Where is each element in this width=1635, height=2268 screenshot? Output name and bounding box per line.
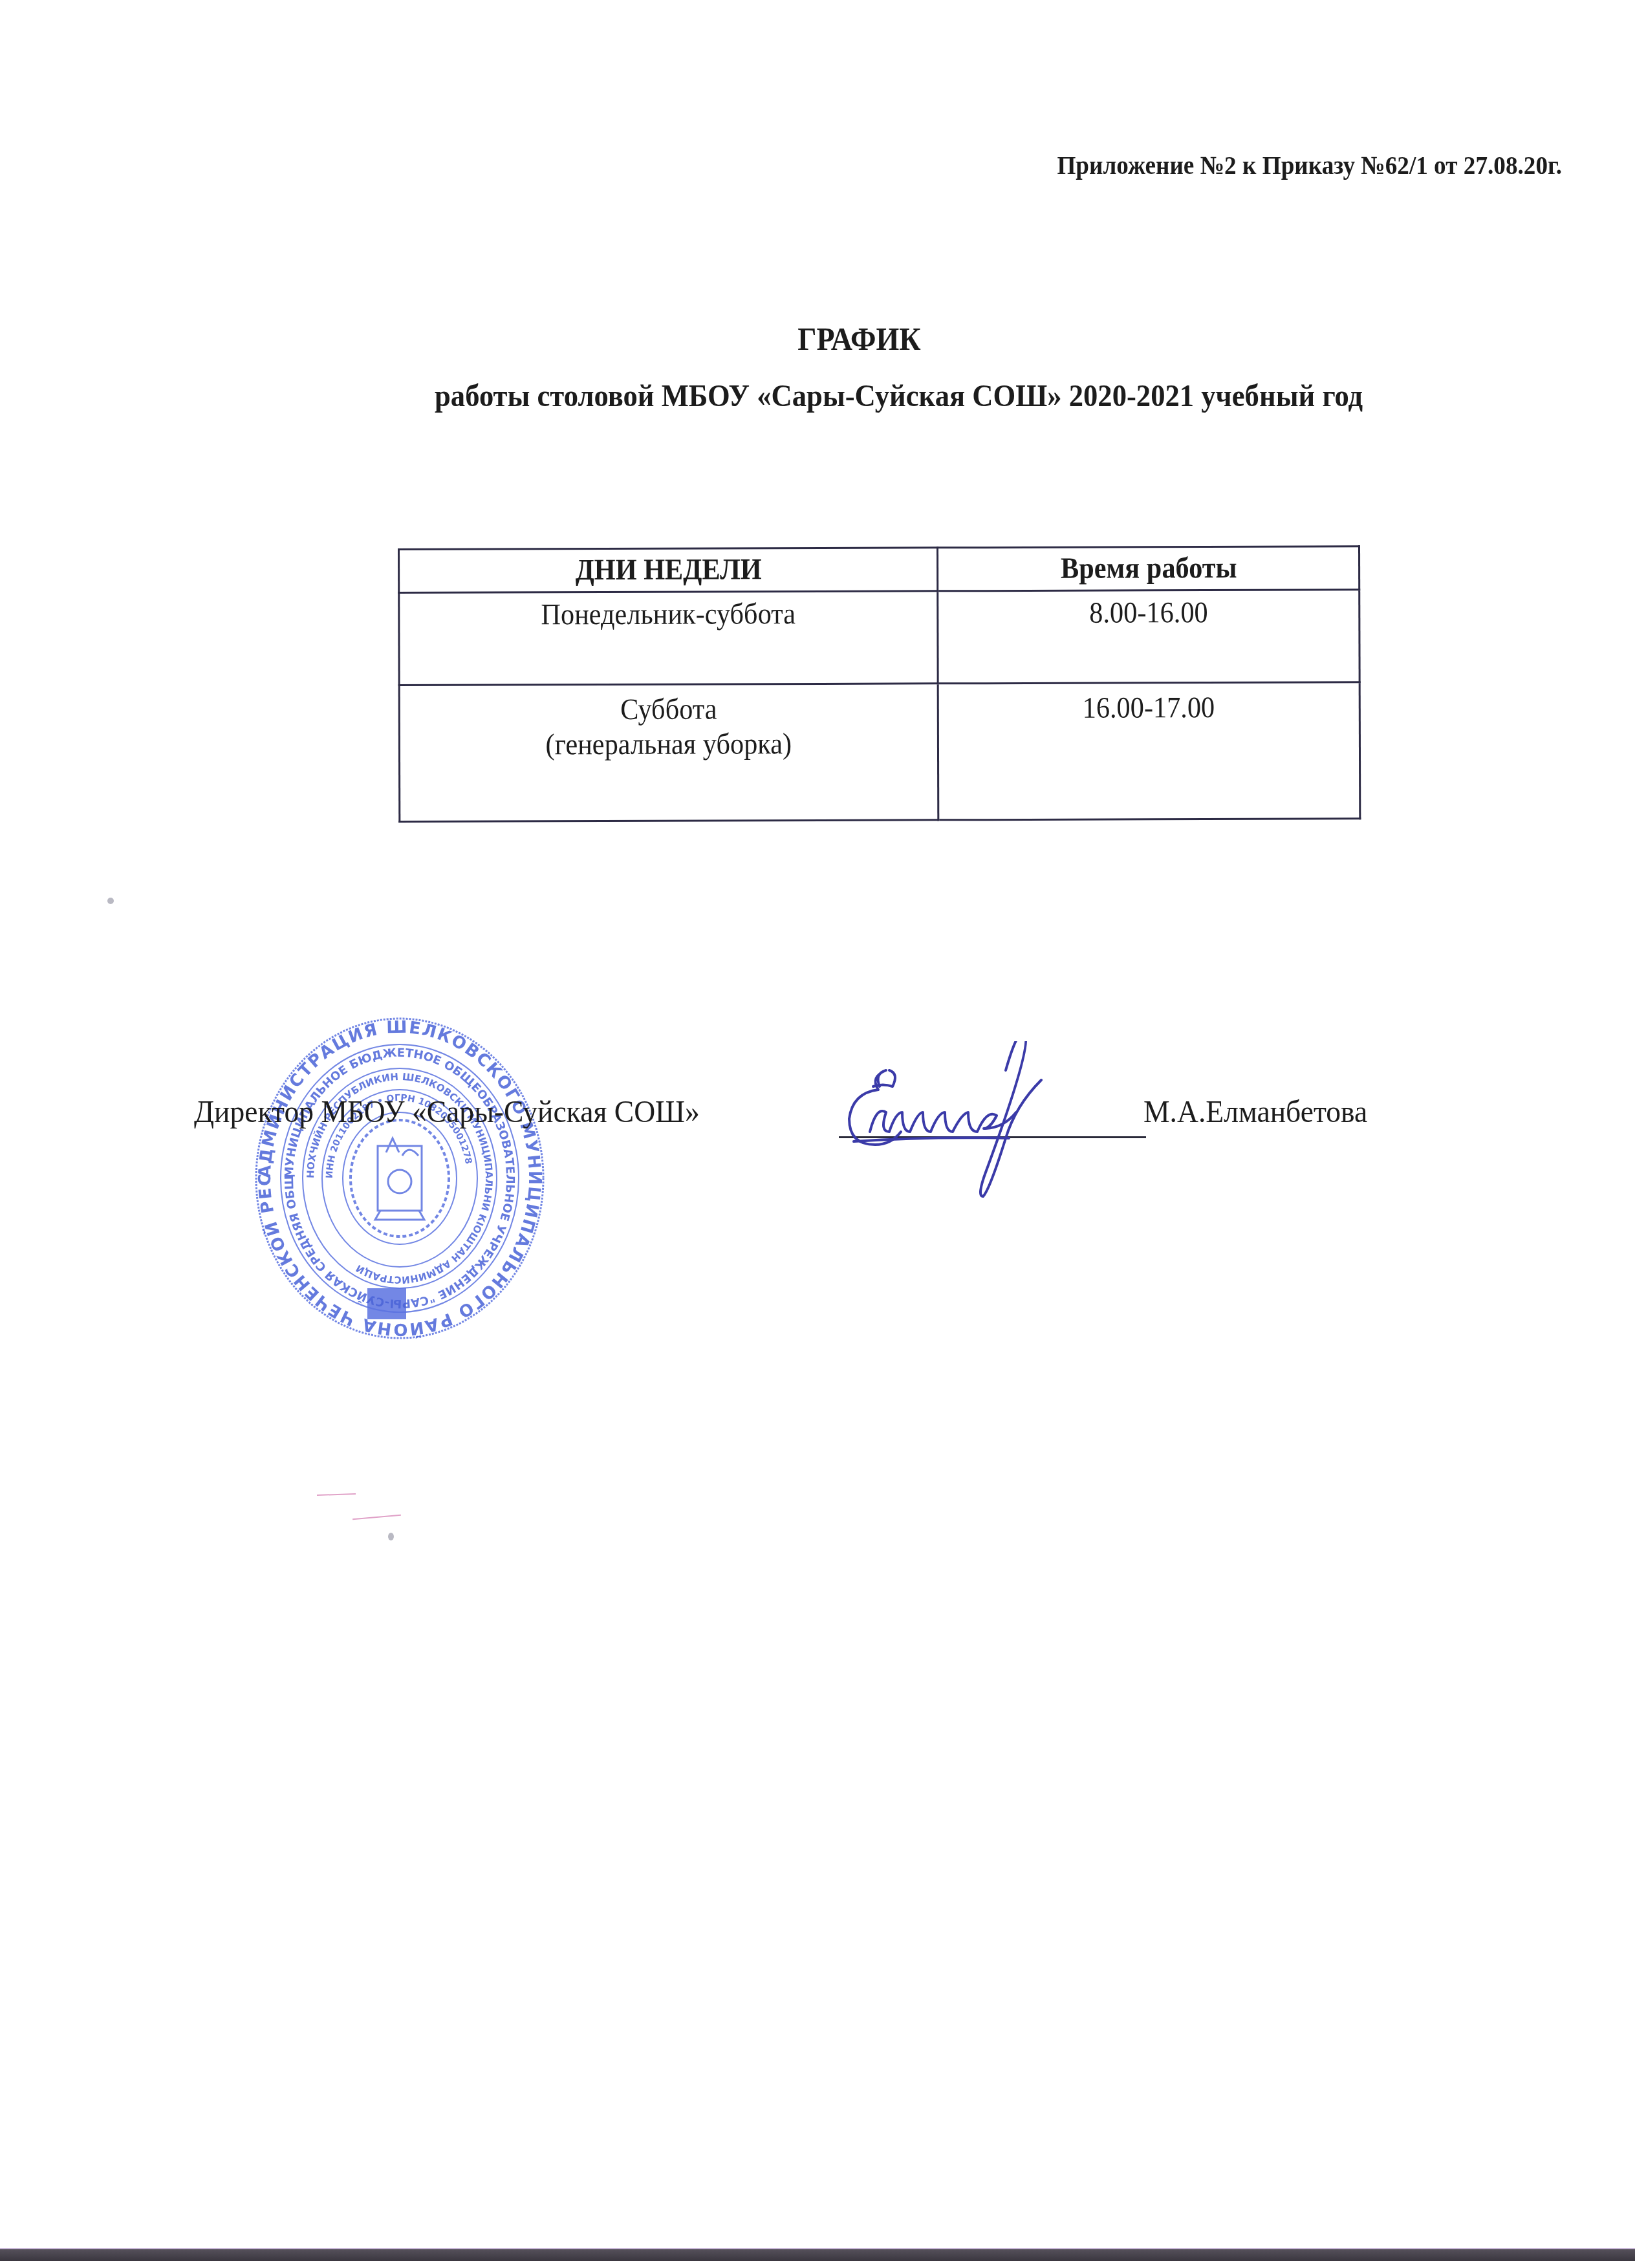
table-row: Суббота (генеральная уборка) 16.00-17.00 <box>399 682 1360 822</box>
cell-days-text: Понедельник-суббота <box>541 596 796 632</box>
table-row: Понедельник-суббота 8.00-16.00 <box>399 590 1359 686</box>
subtitle-text: работы столовой МБОУ «Сары-Суйская СОШ» … <box>435 378 1363 414</box>
signatory-name-text: М.А.Елманбетова <box>1143 1094 1367 1130</box>
schedule-table: ДНИ НЕДЕЛИ Время работы Понедельник-субб… <box>398 545 1361 823</box>
signatory-name: М.А.Елманбетова <box>1143 1094 1379 1130</box>
scan-bottom-edge <box>0 2249 1635 2261</box>
cell-hours: 16.00-17.00 <box>938 682 1359 820</box>
signatory-position-text: Директор МБОУ «Сары-Суйская СОШ» <box>194 1094 700 1130</box>
document-subtitle: работы столовой МБОУ «Сары-Суйская СОШ» … <box>285 378 1513 414</box>
signatory-position: Директор МБОУ «Сары-Суйская СОШ» <box>194 1094 726 1130</box>
cell-days: Суббота (генеральная уборка) <box>399 684 938 822</box>
cell-hours: 8.00-16.00 <box>938 590 1359 684</box>
scan-speck <box>107 898 114 904</box>
appendix-note: Приложение №2 к Приказу №62/1 от 27.08.2… <box>951 150 1562 180</box>
table-header-row: ДНИ НЕДЕЛИ Время работы <box>399 546 1359 593</box>
title-text: ГРАФИК <box>798 320 921 358</box>
column-header-hours: Время работы <box>938 546 1359 591</box>
scan-mark <box>352 1515 401 1520</box>
cell-days-note: (генеральная уборка) <box>546 726 792 762</box>
cell-hours-text: 8.00-16.00 <box>1089 595 1208 631</box>
cell-days: Понедельник-суббота <box>399 591 938 686</box>
scan-mark <box>317 1493 356 1496</box>
handwritten-signature-icon <box>834 1041 1106 1209</box>
column-header-hours-text: Время работы <box>1060 548 1237 589</box>
cell-days-text: Суббота <box>620 691 717 726</box>
column-header-days-text: ДНИ НЕДЕЛИ <box>575 549 761 590</box>
scan-speck <box>388 1533 394 1540</box>
column-header-days: ДНИ НЕДЕЛИ <box>399 548 938 593</box>
document-title: ГРАФИК <box>0 320 1635 358</box>
official-stamp-icon: АДМИНИСТРАЦИЯ ШЕЛКОВСКОГО МУНИЦИПАЛЬНОГО… <box>254 1017 546 1340</box>
cell-hours-text: 16.00-17.00 <box>1083 690 1215 726</box>
